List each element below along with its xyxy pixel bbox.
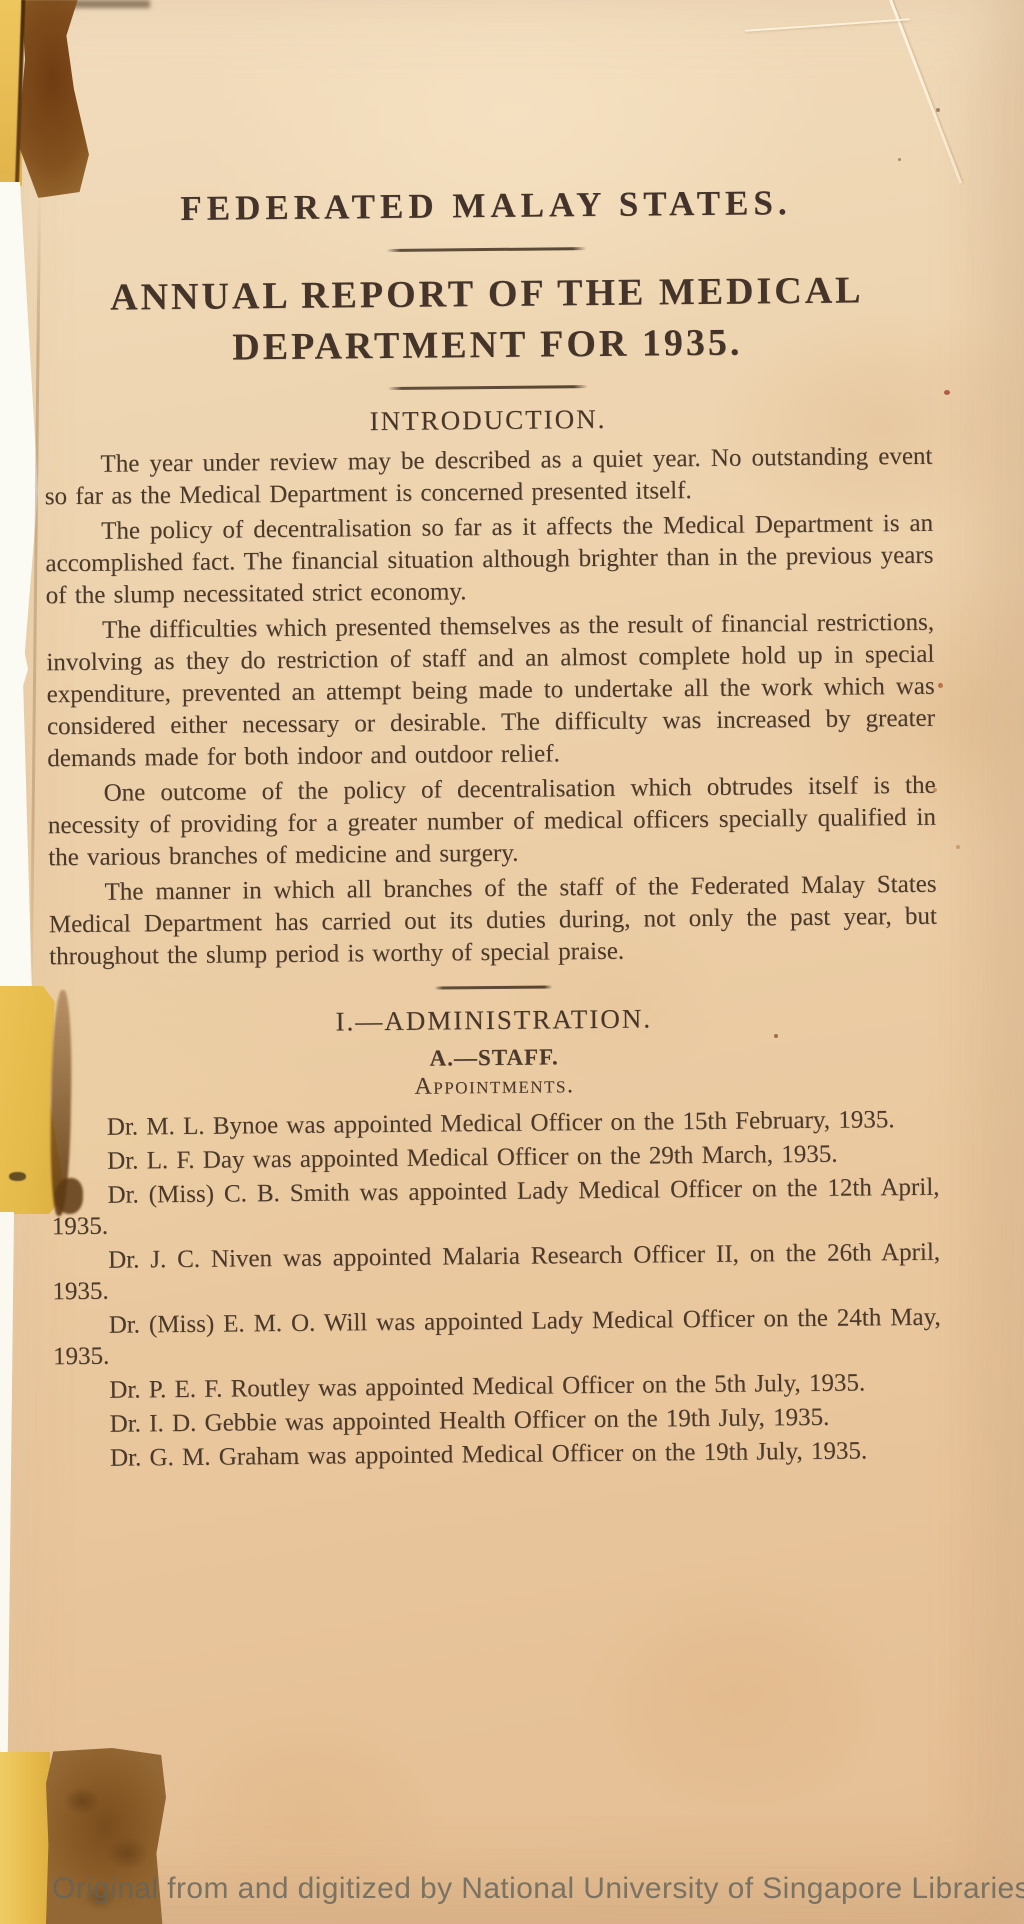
report-title-line2: DEPARTMENT FOR 1935.: [232, 322, 742, 369]
intro-paragraph: The difficulties which presented themsel…: [46, 607, 935, 776]
foxing-speck: [898, 158, 901, 161]
scanned-page: FEDERATED MALAY STATES. ANNUAL REPORT OF…: [0, 0, 1024, 1924]
appointment-entry: Dr. I. D. Gebbie was appointed Health Of…: [54, 1401, 942, 1441]
appointment-entry: Dr. P. E. F. Routley was appointed Medic…: [53, 1367, 941, 1407]
appointment-entry: Dr. G. M. Graham was appointed Medical O…: [54, 1435, 942, 1475]
appointment-entry: Dr. (Miss) C. B. Smith was appointed Lad…: [51, 1172, 940, 1243]
appointment-entry: Dr. M. L. Bynoe was appointed Medical Of…: [51, 1104, 939, 1144]
digitization-watermark: Original from and digitized by National …: [52, 1872, 1002, 1906]
administration-heading: I.—ADMINISTRATION.: [50, 1001, 938, 1041]
appointment-entry: Dr. (Miss) E. M. O. Will was appointed L…: [53, 1302, 942, 1373]
introduction-heading: INTRODUCTION.: [44, 401, 932, 441]
report-title: ANNUAL REPORT OF THE MEDICAL DEPARTMENT …: [43, 265, 932, 376]
divider-rule-small: [435, 985, 553, 989]
binding-tape-bottom: [0, 1752, 50, 1924]
appointments-heading: Appointments.: [50, 1069, 938, 1105]
intro-paragraph: The manner in which all branches of the …: [48, 869, 937, 974]
intro-paragraph: The year under review may be described a…: [44, 441, 933, 514]
intro-paragraph: One outcome of the policy of decentralis…: [47, 770, 936, 875]
tape-ink-mark: [9, 1172, 26, 1181]
appointment-entry: Dr. J. C. Niven was appointed Malaria Re…: [52, 1237, 941, 1308]
foxing-speck: [956, 845, 960, 849]
page-content: FEDERATED MALAY STATES. ANNUAL REPORT OF…: [42, 182, 942, 1477]
report-title-line1: ANNUAL REPORT OF THE MEDICAL: [110, 269, 864, 318]
divider-rule: [388, 385, 588, 390]
divider-rule: [386, 247, 586, 252]
appointment-entry: Dr. L. F. Day was appointed Medical Offi…: [51, 1138, 939, 1178]
intro-paragraph: The policy of decentralisation so far as…: [45, 508, 934, 613]
foxing-speck: [938, 683, 943, 688]
foxing-speck: [936, 108, 940, 112]
country-title: FEDERATED MALAY STATES.: [42, 182, 930, 231]
foxing-speck: [944, 390, 950, 395]
